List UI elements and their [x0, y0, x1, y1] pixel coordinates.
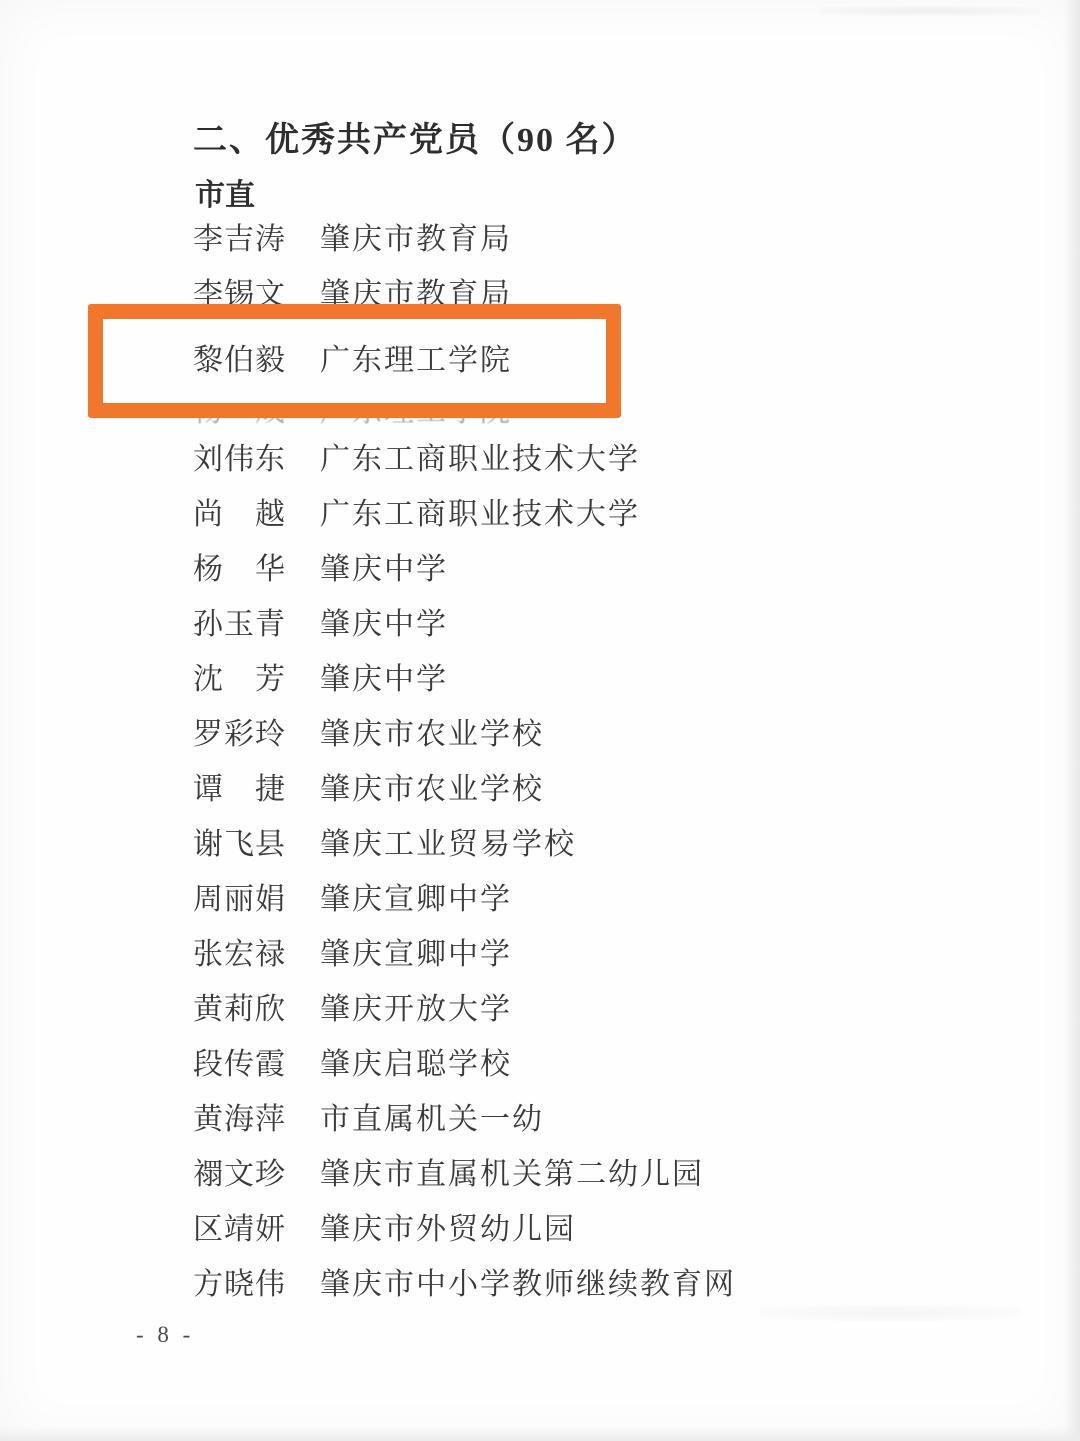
member-org: 肇庆市直属机关第二幼儿园: [320, 1158, 704, 1191]
member-name: 黄莉欣: [193, 982, 320, 1037]
list-item: 李吉涛肇庆市教育局: [0, 212, 1080, 267]
list-item: 区靖妍肇庆市外贸幼儿园: [0, 1202, 1080, 1257]
list-item: 杨 华肇庆中学: [0, 542, 1080, 597]
member-name: 罗彩玲: [193, 707, 320, 762]
member-org: 广东理工学院: [320, 344, 512, 377]
member-org: 广东工商职业技术大学: [320, 443, 640, 476]
list-item: 黄莉欣肇庆开放大学: [0, 982, 1080, 1037]
member-name: 黄海萍: [193, 1092, 320, 1147]
scan-edge: [0, 1427, 1080, 1441]
member-name: 李吉涛: [193, 212, 320, 267]
list-item: 张宏禄肇庆宣卿中学: [0, 927, 1080, 982]
list-item: 黄海萍市直属机关一幼: [0, 1092, 1080, 1147]
member-name: 段传霞: [193, 1037, 320, 1092]
member-name: 禤文珍: [193, 1147, 320, 1202]
section-title: 二、优秀共产党员（90 名）: [193, 112, 638, 161]
member-org: 肇庆中学: [320, 608, 448, 641]
member-org: 肇庆市农业学校: [320, 773, 544, 806]
list-item: 周丽娟肇庆宣卿中学: [0, 872, 1080, 927]
member-org: 市直属机关一幼: [320, 1103, 544, 1136]
highlighted-list-item: 黎伯毅广东理工学院: [103, 319, 606, 403]
list-item: 谭 捷肇庆市农业学校: [0, 762, 1080, 817]
member-name: 尚 越: [193, 487, 320, 542]
member-name: 区靖妍: [193, 1202, 320, 1257]
page-number: - 8 -: [136, 1322, 194, 1348]
scan-smudge: [820, 6, 1040, 16]
list-item: 谢飞县肇庆工业贸易学校: [0, 817, 1080, 872]
member-org: 广东工商职业技术大学: [320, 498, 640, 531]
member-org: 肇庆中学: [320, 663, 448, 696]
member-name: 谭 捷: [193, 762, 320, 817]
member-name: 方晓伟: [193, 1257, 320, 1312]
member-name: 张宏禄: [193, 927, 320, 982]
highlight-box: 黎伯毅广东理工学院: [88, 304, 621, 418]
list-item: 段传霞肇庆启聪学校: [0, 1037, 1080, 1092]
list-item: 罗彩玲肇庆市农业学校: [0, 707, 1080, 762]
list-item: 尚 越广东工商职业技术大学: [0, 487, 1080, 542]
member-name: 周丽娟: [193, 872, 320, 927]
member-org: 肇庆市教育局: [320, 223, 512, 256]
member-org: 肇庆宣卿中学: [320, 883, 512, 916]
member-name: 孙玉青: [193, 597, 320, 652]
document-page: 二、优秀共产党员（90 名） 市直 李吉涛肇庆市教育局李锡文肇庆市教育局黎伯毅广…: [0, 0, 1080, 1441]
member-org: 肇庆市农业学校: [320, 718, 544, 751]
member-name: 刘伟东: [193, 432, 320, 487]
list-item: 刘伟东广东工商职业技术大学: [0, 432, 1080, 487]
list-item: 方晓伟肇庆市中小学教师继续教育网: [0, 1257, 1080, 1312]
member-org: 肇庆宣卿中学: [320, 938, 512, 971]
member-org: 肇庆市外贸幼儿园: [320, 1213, 576, 1246]
list-item: 孙玉青肇庆中学: [0, 597, 1080, 652]
scan-smudge: [760, 1305, 1020, 1321]
subsection-title: 市直: [195, 170, 255, 214]
list-item: 沈 芳肇庆中学: [0, 652, 1080, 707]
member-org: 肇庆中学: [320, 553, 448, 586]
member-org: 肇庆开放大学: [320, 993, 512, 1026]
member-org: 肇庆市中小学教师继续教育网: [320, 1268, 736, 1301]
list-item: 禤文珍肇庆市直属机关第二幼儿园: [0, 1147, 1080, 1202]
member-name: 杨 华: [193, 542, 320, 597]
member-name: 黎伯毅: [193, 319, 320, 403]
member-name: 沈 芳: [193, 652, 320, 707]
member-org: 肇庆启聪学校: [320, 1048, 512, 1081]
member-org: 肇庆工业贸易学校: [320, 828, 576, 861]
member-name: 谢飞县: [193, 817, 320, 872]
scan-edge: [1064, 0, 1080, 1441]
